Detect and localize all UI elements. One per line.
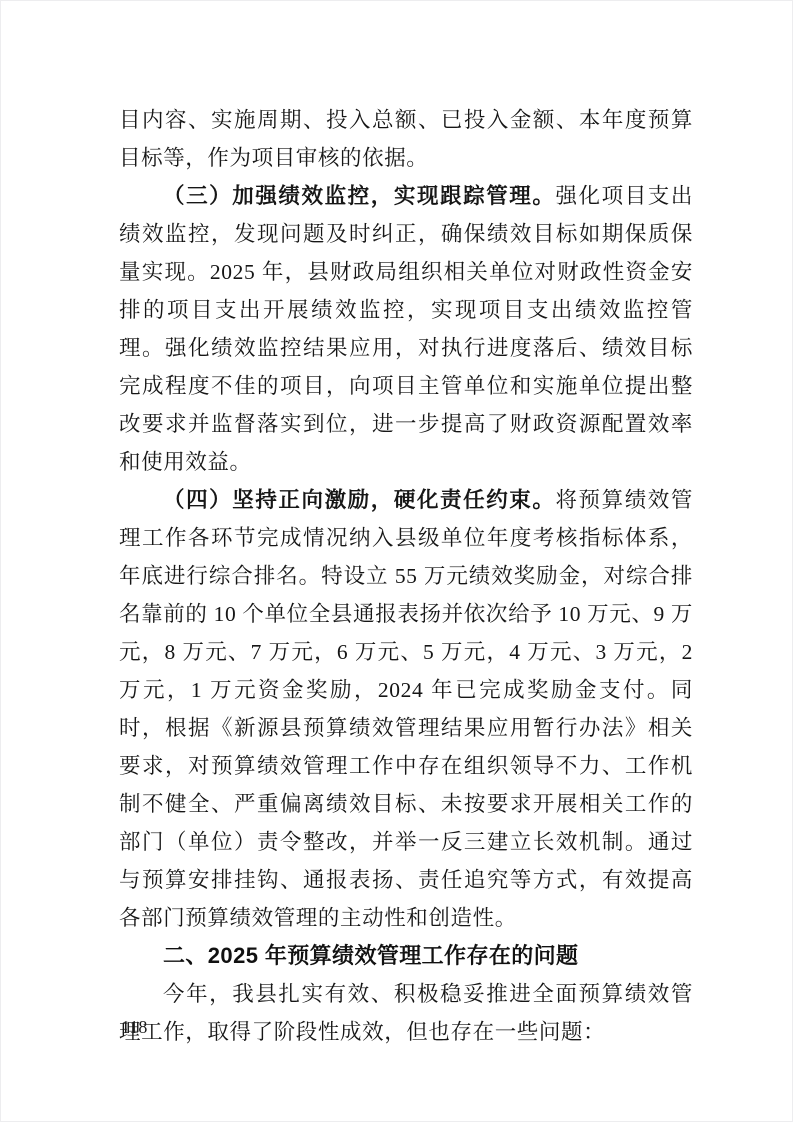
paragraph-text: 目内容、实施周期、投入总额、已投入金额、本年度预算目标等，作为项目审核的依据。 [119, 108, 693, 170]
paragraph-lead: （四）坚持正向激励，硬化责任约束。 [163, 488, 555, 512]
paragraph-text: 将预算绩效管理工作各环节完成情况纳入县级单位年度考核指标体系，年底进行综合排名。… [119, 488, 693, 930]
paragraph-text: 今年，我县扎实有效、积极稳妥推进全面预算绩效管理工作，取得了阶段性成效，但也存在… [119, 982, 693, 1044]
paragraph-lead: （三）加强绩效监控，实现跟踪管理。 [163, 184, 555, 208]
section-heading: 二、2025 年预算绩效管理工作存在的问题 [119, 937, 693, 975]
document-page: 目内容、实施周期、投入总额、已投入金额、本年度预算目标等，作为项目审核的依据。 … [0, 0, 793, 1122]
paragraph-problems-intro: 今年，我县扎实有效、积极稳妥推进全面预算绩效管理工作，取得了阶段性成效，但也存在… [119, 975, 693, 1051]
paragraph-text: 强化项目支出绩效监控，发现问题及时纠正，确保绩效目标如期保质保量实现。2025 … [119, 184, 693, 474]
document-content: 目内容、实施周期、投入总额、已投入金额、本年度预算目标等，作为项目审核的依据。 … [119, 101, 693, 1051]
page-number: 118 [121, 1015, 147, 1039]
paragraph-section-4: （四）坚持正向激励，硬化责任约束。将预算绩效管理工作各环节完成情况纳入县级单位年… [119, 481, 693, 937]
paragraph-continuation: 目内容、实施周期、投入总额、已投入金额、本年度预算目标等，作为项目审核的依据。 [119, 101, 693, 177]
paragraph-section-3: （三）加强绩效监控，实现跟踪管理。强化项目支出绩效监控，发现问题及时纠正，确保绩… [119, 177, 693, 481]
